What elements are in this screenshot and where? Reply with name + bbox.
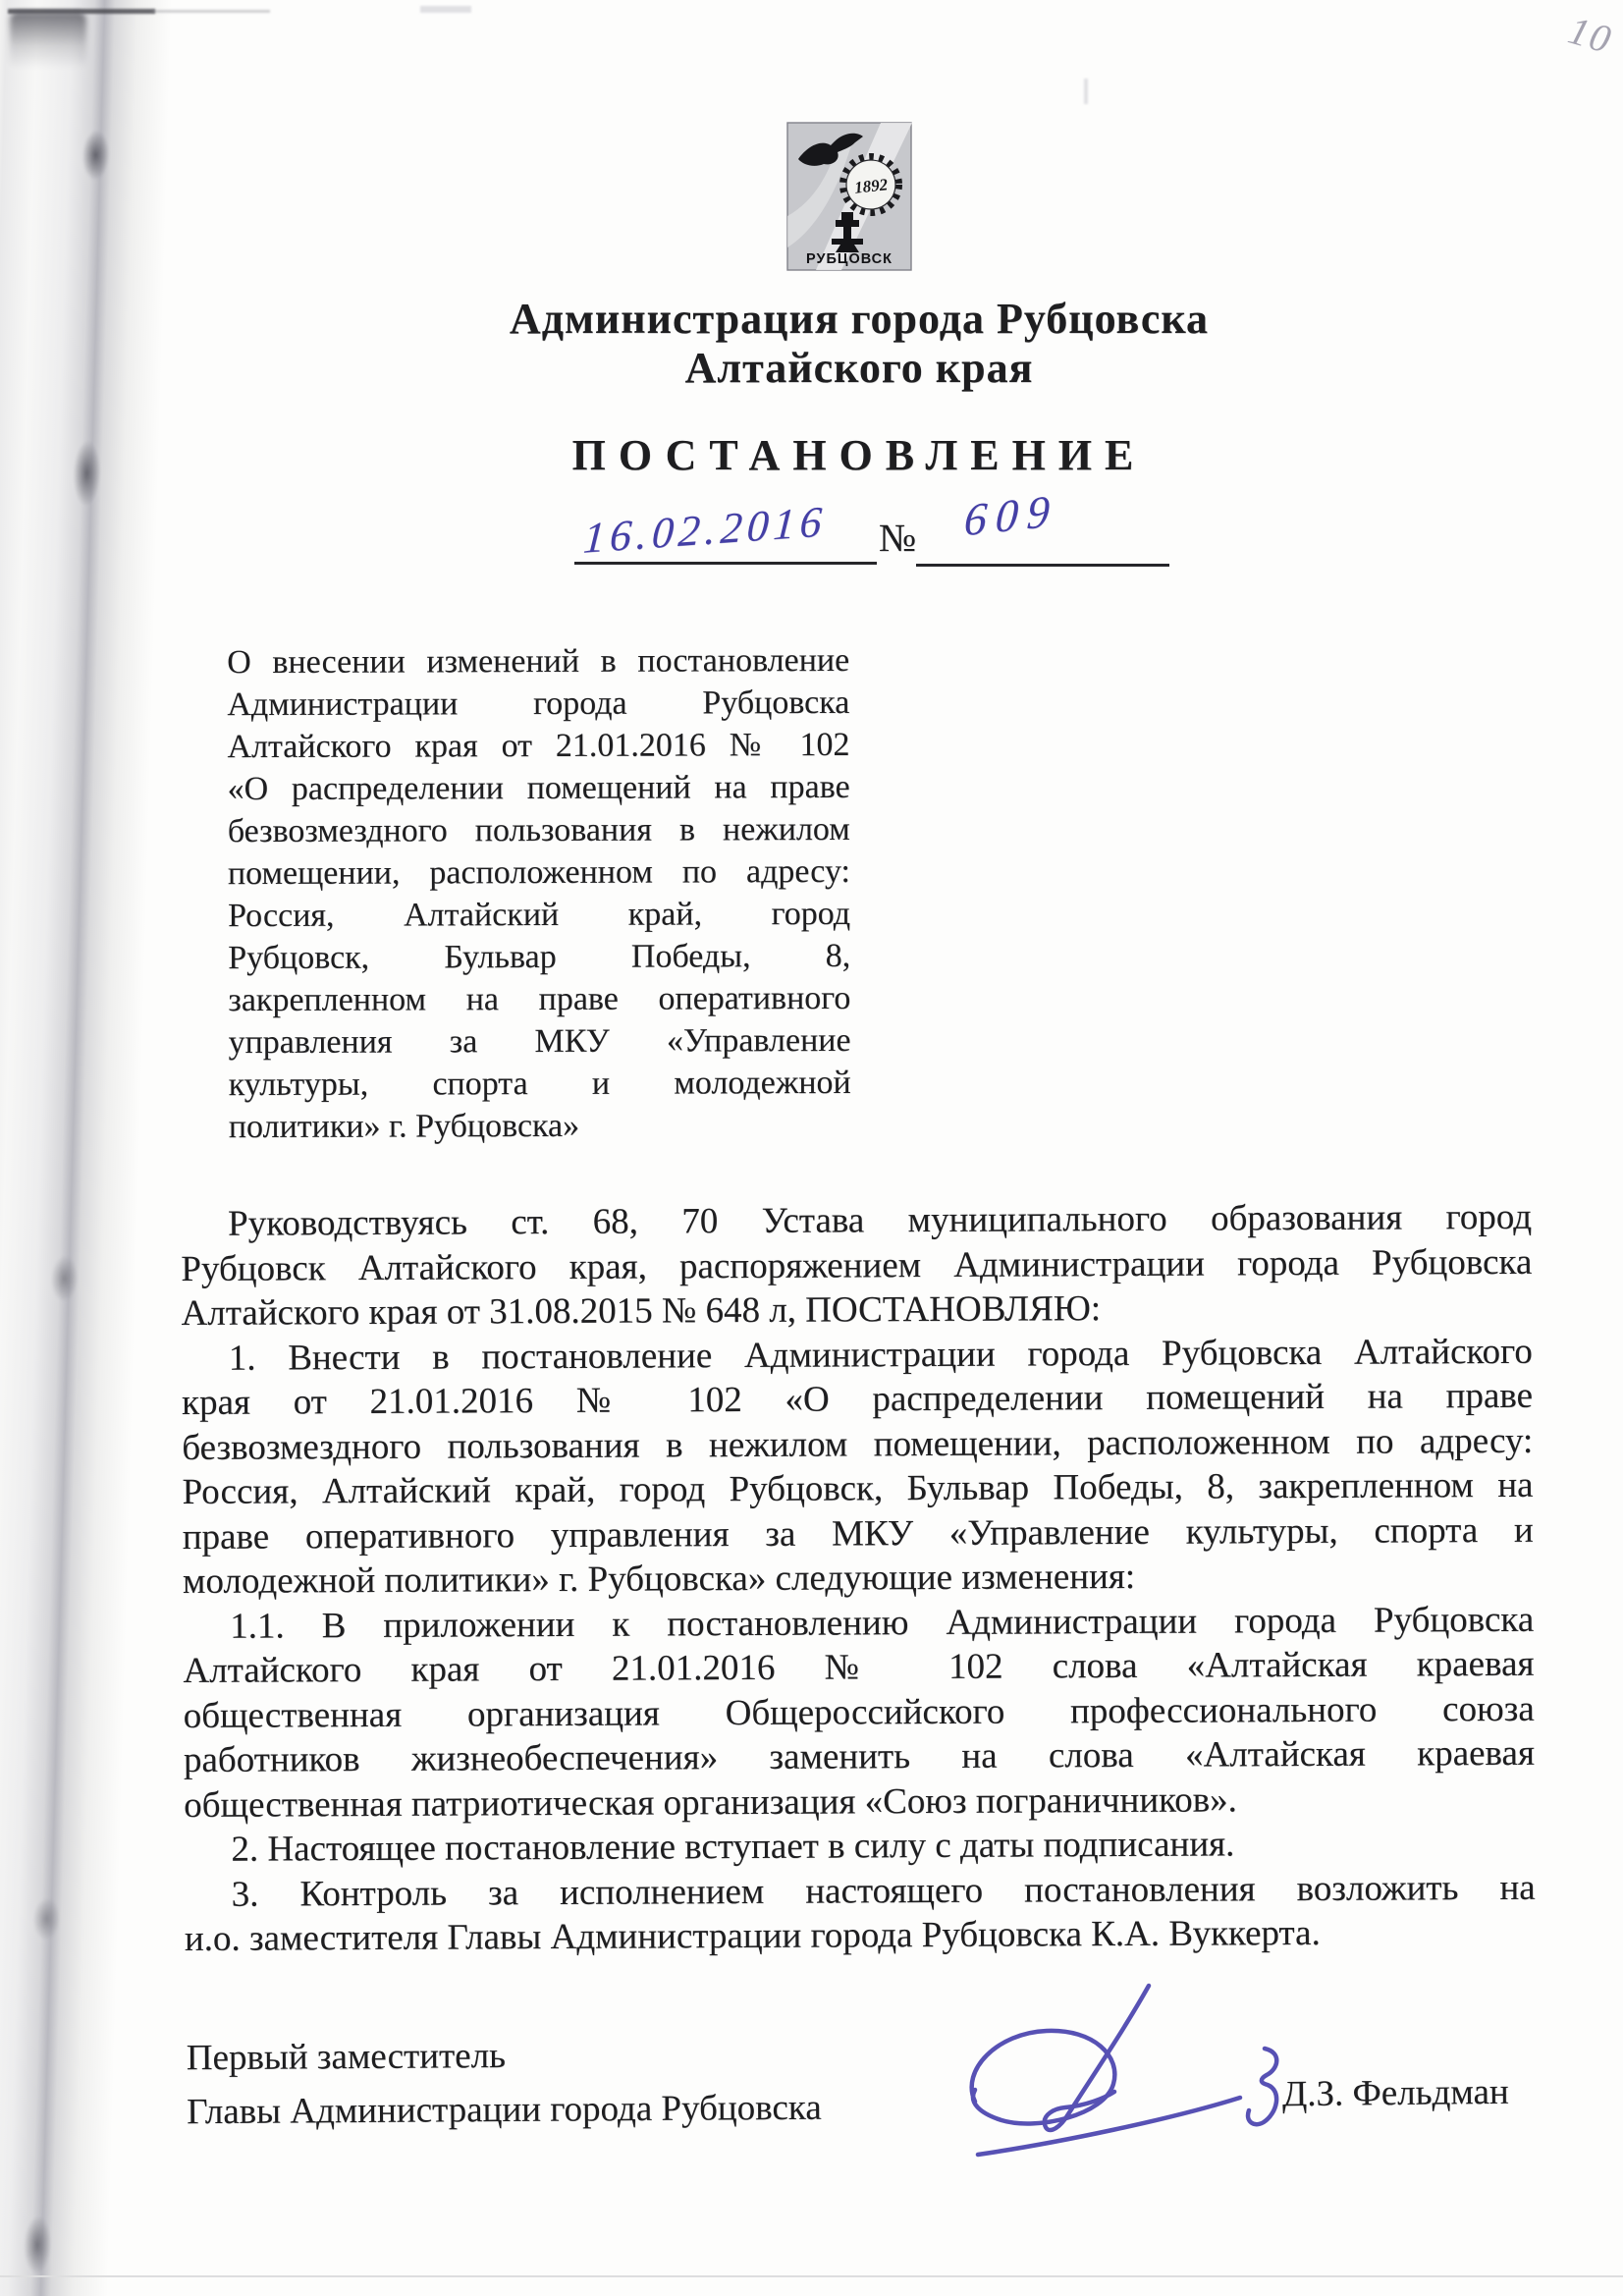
pencil-page-number: 10 [1563,7,1617,63]
text-line: Администрации города Рубцовска [227,682,849,726]
text-line: Руководствуясь ст. 68, 70 Устава муницип… [181,1195,1532,1247]
document-body: Руководствуясь ст. 68, 70 Устава муницип… [181,1195,1536,1962]
text-line: Алтайского края от 21.01.2016 № 102 слов… [183,1642,1534,1694]
text-line: и.о. заместителя Главы Администрации гор… [185,1910,1536,1962]
scan-speck [420,6,471,13]
rubtsovsk-city-emblem: 1892 РУБЦОВСК [786,122,912,271]
text-line: праве оперативного управления за МКУ «Уп… [183,1507,1534,1559]
handwritten-signature [921,1972,1304,2183]
text-line: молодежной политики» г. Рубцовска» следу… [183,1553,1534,1605]
paragraph-item-3: 3. Контроль за исполнением настоящего по… [185,1865,1536,1961]
paragraph-preamble: Руководствуясь ст. 68, 70 Устава муницип… [181,1195,1533,1337]
paragraph-item-1: 1. Внести в постановление Администрации … [182,1329,1534,1604]
scan-smudge [23,2215,52,2274]
text-line: 3. Контроль за исполнением настоящего по… [185,1865,1536,1917]
paragraph-item-2: 2. Настоящее постановление вступает в си… [184,1821,1535,1873]
emblem-city-name: РУБЦОВСК [806,251,893,267]
text-line: помещении, расположенном по адресу: [228,850,850,895]
paragraph-item-1-1: 1.1. В приложении к постановлению Админи… [183,1597,1535,1828]
text-line: Россия, Алтайский край, город [228,893,850,937]
text-line: управления за МКУ «Управление [228,1019,850,1064]
text-line: общественная организация Общероссийского… [184,1686,1535,1738]
scan-speck [1084,79,1088,104]
scan-smudge [73,440,102,507]
org-name-line2: Алтайского края [407,344,1311,393]
scanned-document-page: 10 1892 РУБЦОВСК Администрация города Ру… [0,0,1623,2296]
handwritten-number: 609 [962,484,1059,547]
text-line: 1. Внести в постановление Администрации … [182,1329,1533,1381]
scan-corner-smudge [10,12,86,69]
text-line: края от 21.01.2016 № 102 «О распределени… [182,1374,1533,1426]
date-underline [574,562,877,565]
subject-block: О внесении изменений в постановлениеАдми… [227,639,851,1148]
position-line2: Главы Администрации города Рубцовска [187,2081,822,2140]
text-line: безвозмездного пользования в нежилом [228,808,850,852]
signatory-name: Д.З. Фельдман [1282,2071,1509,2115]
scan-binding-strip [0,0,172,2296]
text-line: Алтайского края от 21.01.2016 № 102 [227,724,849,768]
text-line: политики» г. Рубцовска» [229,1104,851,1148]
signatory-position: Первый заместитель Главы Администрации г… [187,2027,822,2140]
scan-smudge [32,1897,61,1941]
text-line: работников жизнеобеспечения» заменить на… [184,1731,1535,1783]
text-line: безвозмездного пользования в нежилом пом… [182,1418,1533,1470]
document-type-title: ПОСТАНОВЛЕНИЕ [407,430,1311,480]
text-line: закрепленном на праве оперативного [228,977,850,1021]
number-sign: № [879,515,916,561]
scan-smudge [81,130,110,181]
org-name-line1: Администрация города Рубцовска [407,295,1311,344]
position-line1: Первый заместитель [187,2027,822,2086]
text-line: Алтайского края от 31.08.2015 № 648 л, П… [181,1285,1532,1337]
scan-edge-line [0,2275,1623,2277]
text-line: О внесении изменений в постановление [227,639,849,683]
organization-heading: Администрация города Рубцовска Алтайског… [407,295,1311,393]
text-line: Рубцовск, Бульвар Победы, 8, [228,935,850,979]
number-underline [916,564,1169,567]
text-line: Россия, Алтайский край, город Рубцовск, … [182,1463,1533,1515]
text-line: Рубцовск Алтайского края, распоряжением … [181,1239,1532,1291]
emblem-year: 1892 [853,175,889,197]
scan-smudge [50,1255,79,1302]
text-line: 2. Настоящее постановление вступает в си… [184,1821,1535,1873]
scan-edge-line [152,10,270,13]
text-line: «О распределении помещений на праве [228,766,850,810]
text-line: культуры, спорта и молодежной [229,1062,851,1106]
handwritten-date: 16.02.2016 [582,496,829,564]
text-line: общественная патриотическая организация … [184,1776,1535,1828]
text-line: 1.1. В приложении к постановлению Админи… [183,1597,1534,1649]
